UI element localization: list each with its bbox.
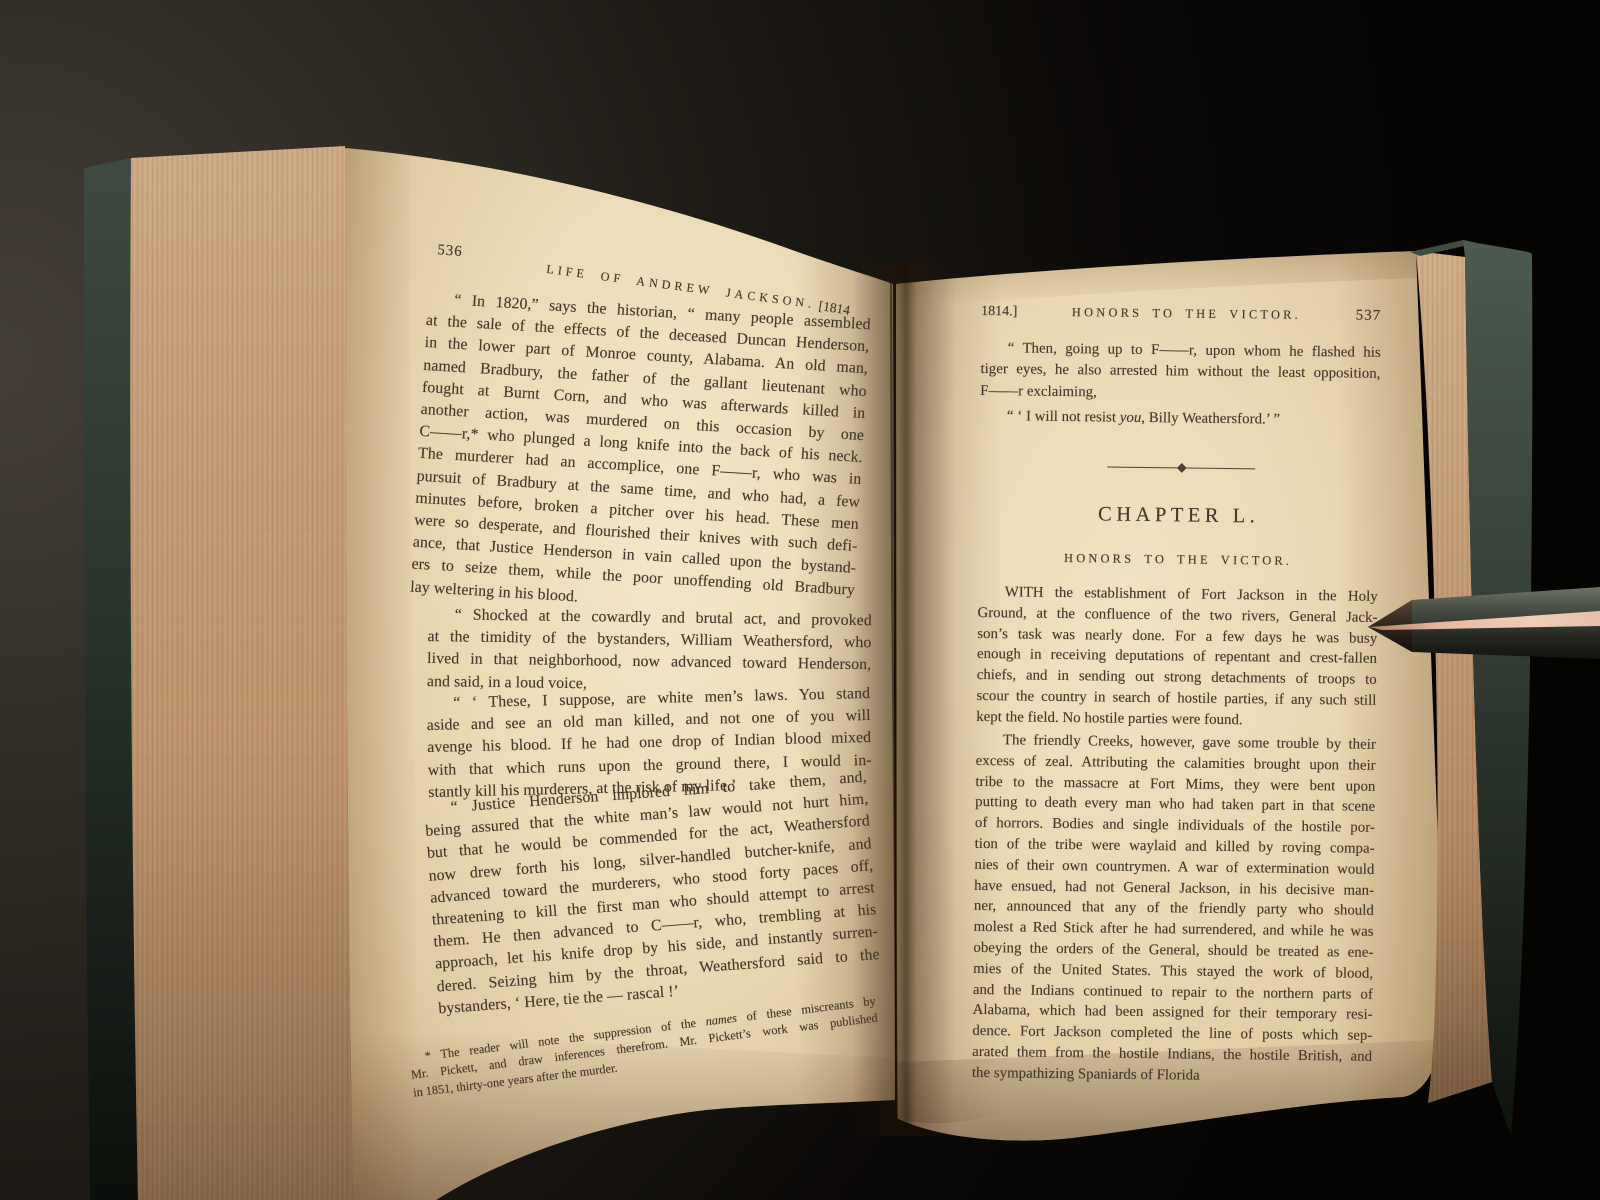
chapter-subtitle: HONORS TO THE VICTOR. <box>978 550 1378 570</box>
book-photo: 536 LIFE OF ANDREW JACKSON. [1814 “ In 1… <box>0 0 1600 1200</box>
left-paragraph-4: “ Justice Henderson implored him to take… <box>423 766 882 1020</box>
right-intro-paragraph-2: “ ‘ I will not resist you, Billy Weather… <box>980 406 1380 432</box>
divider-rule-right <box>1186 467 1256 469</box>
right-body-paragraph-2: The friendly Creeks, however, gave some … <box>972 730 1376 1088</box>
divider-diamond-icon <box>1176 463 1186 473</box>
section-divider <box>1107 464 1255 473</box>
right-margin-year: 1814.] <box>981 304 1017 320</box>
right-page-text: 1814.] HONORS TO THE VICTOR. 537 “ Then,… <box>970 0 1385 1200</box>
right-running-head: HONORS TO THE VICTOR. <box>1072 305 1301 323</box>
book-text: 536 LIFE OF ANDREW JACKSON. [1814 “ In 1… <box>0 0 1600 1200</box>
right-page-header: 1814.] HONORS TO THE VICTOR. 537 <box>981 303 1381 325</box>
right-body-paragraph-1: WITH the establishment of Fort Jackson i… <box>976 582 1378 732</box>
text-line: “ ‘ I will not resist you, Billy Weather… <box>980 406 1380 432</box>
left-paragraph-1: “ In 1820,” says the historian, “ many p… <box>410 288 872 625</box>
chapter-heading: CHAPTER L. <box>979 502 1379 530</box>
right-intro-paragraph-1: “ Then, going up to F——r, upon whom he f… <box>980 338 1381 407</box>
left-page-number: 536 <box>437 242 464 261</box>
divider-rule-left <box>1107 466 1177 468</box>
right-page-number: 537 <box>1356 308 1382 325</box>
